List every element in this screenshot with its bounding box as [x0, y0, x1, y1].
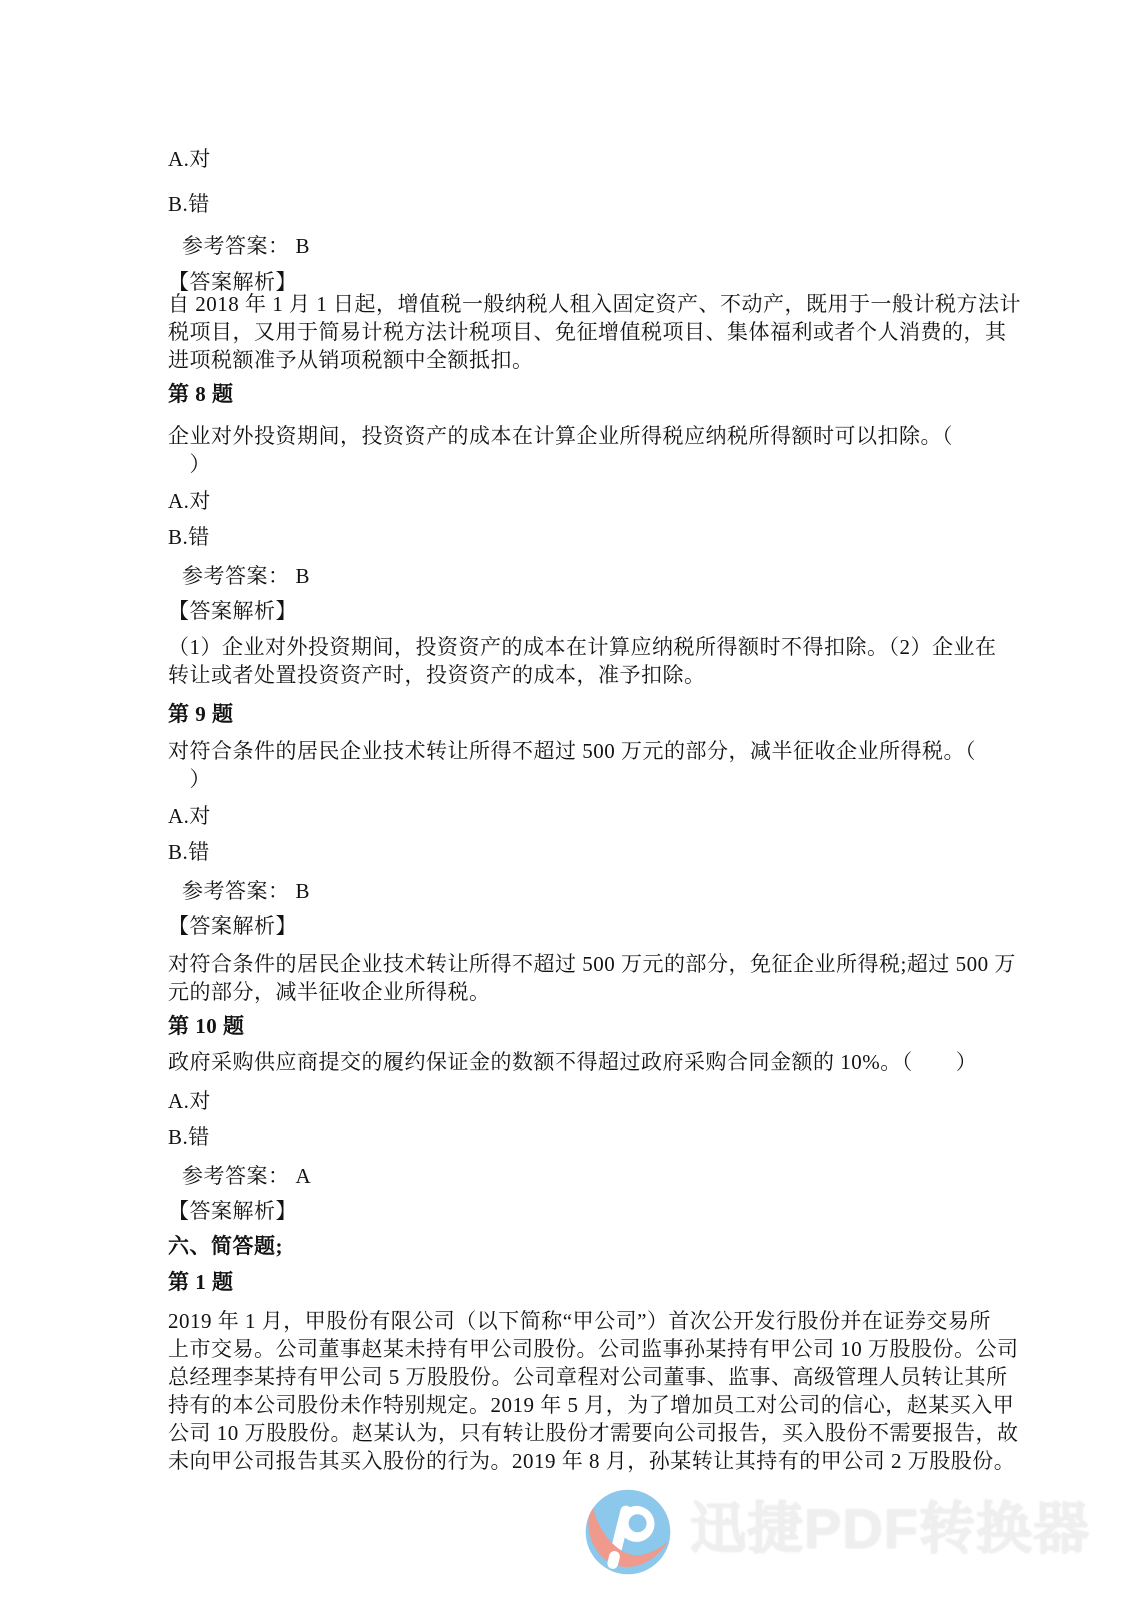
q8-option-b: B.错	[168, 523, 210, 551]
answer-value: B	[296, 234, 311, 258]
q8-heading: 第 8 题	[168, 380, 234, 408]
section-six-heading: 六、简答题;	[168, 1232, 283, 1260]
q7-analysis-text: 自 2018 年 1 月 1 日起，增值税一般纳税人租入固定资产、不动产，既用于…	[168, 290, 1021, 374]
q9-option-b: B.错	[168, 838, 210, 866]
q10-heading: 第 10 题	[168, 1012, 245, 1040]
q9-analysis-text: 对符合条件的居民企业技术转让所得不超过 500 万元的部分，免征企业所得税;超过…	[168, 950, 1016, 1006]
q10-option-a: A.对	[168, 1087, 211, 1115]
q7-option-b: B.错	[168, 190, 210, 218]
answer-value: B	[296, 879, 311, 903]
q7-option-a: A.对	[168, 145, 211, 173]
answer-label: 参考答案：	[182, 234, 290, 258]
q10-option-b: B.错	[168, 1123, 210, 1151]
q8-analysis-header: 【答案解析】	[168, 597, 297, 625]
document-page: A.对 B.错 参考答案：B 【答案解析】 自 2018 年 1 月 1 日起，…	[0, 0, 1131, 1600]
answer-label: 参考答案：	[182, 564, 290, 588]
q7-reference-answer: 参考答案：B	[182, 232, 310, 260]
q8-question-text: 企业对外投资期间，投资资产的成本在计算企业所得税应纳税所得额时可以扣除。（ ）	[168, 422, 953, 478]
answer-value: B	[296, 564, 311, 588]
q9-analysis-header: 【答案解析】	[168, 912, 297, 940]
q9-reference-answer: 参考答案：B	[182, 877, 310, 905]
q10-reference-answer: 参考答案：A	[182, 1162, 311, 1190]
q9-option-a: A.对	[168, 802, 211, 830]
watermark-text: 迅捷PDF转换器	[690, 1496, 1090, 1562]
pdf-converter-logo-icon	[583, 1487, 673, 1577]
q8-option-a: A.对	[168, 487, 211, 515]
q8-reference-answer: 参考答案：B	[182, 562, 310, 590]
q8-analysis-text: （1）企业对外投资期间，投资资产的成本在计算应纳税所得额时不得扣除。（2）企业在…	[168, 633, 997, 689]
answer-value: A	[296, 1164, 312, 1188]
answer-label: 参考答案：	[182, 879, 290, 903]
sq1-question-text: 2019 年 1 月，甲股份有限公司（以下简称“甲公司”）首次公开发行股份并在证…	[168, 1307, 1019, 1475]
q9-heading: 第 9 题	[168, 700, 234, 728]
sq1-heading: 第 1 题	[168, 1268, 234, 1296]
q10-question-text: 政府采购供应商提交的履约保证金的数额不得超过政府采购合同金额的 10%。（ ）	[168, 1048, 977, 1076]
answer-label: 参考答案：	[182, 1164, 290, 1188]
q9-question-text: 对符合条件的居民企业技术转让所得不超过 500 万元的部分，减半征收企业所得税。…	[168, 737, 976, 793]
q10-analysis-header: 【答案解析】	[168, 1197, 297, 1225]
